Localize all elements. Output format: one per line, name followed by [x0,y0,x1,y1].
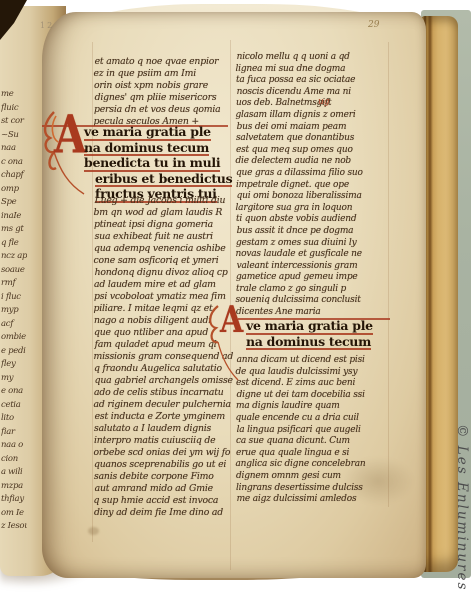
manuscript-text-line: ~Su [1,129,27,143]
manuscript-text-line: dignes' qm pliie misericors [95,92,221,104]
manuscript-text-line: noscis dicendu Ame ma ni [237,87,364,99]
manuscript-text-line: fley [1,358,27,372]
manuscript-text-line: diny ad deim fie Ime dino ad [94,507,234,519]
manuscript-text-line: ve maria gratia ple [246,320,373,335]
parchment-stain [88,527,99,535]
manuscript-text-line: salvetatem que donantibus [236,133,363,145]
manuscript-text-line: ma dignis laudire quam [236,401,366,413]
manuscript-text-line: que gras a dilassima filio suo [236,168,363,180]
manuscript-text-line: ms gt [1,223,27,237]
pencil-annotation: 12 [40,21,54,30]
manuscript-text-line: soueniq dulcissima conclusit [236,295,363,307]
copyright-watermark: © Les Enluminures [454,424,470,591]
manuscript-text-line: myp [1,304,27,318]
manuscript-text-line: quanos sceprenabilis go ut ei [94,459,234,471]
manuscript-text-line: ad laudem mire et ad glam [94,279,234,291]
manuscript-text-line: omp [1,183,27,197]
manuscript-text-line: e ona [1,385,27,399]
manuscript-text-line: cone sam osficoriq et ymeri [94,255,234,267]
manuscript-text-line: ncz ap [1,250,27,264]
manuscript-text-line: salutato a I laudem dignis [94,423,234,435]
manuscript-text-line: digne ut dei tam docebilia ssi [237,390,367,402]
facing-page-text-fragments: mefluicst cor~Sunaac onachapfompSpeinaIe… [1,88,27,534]
manuscript-photo: mefluicst cor~Sunaac onachapfompSpeinaIe… [0,0,476,600]
manuscript-text-line: ta fuca possa ea sic ociatae [236,75,363,87]
illuminated-initial-A: A [54,109,87,162]
manuscript-text-line: ez in que psiim am Imi [94,68,220,80]
manuscript-recto-page: et amato q noe qvae enpiorez in que psii… [42,12,426,578]
manuscript-text-line: glasam illam dignis z omeri [236,110,363,122]
manuscript-text-line: ombie [1,331,27,345]
manuscript-text-line: bm qn wod ad glam laudis R [94,207,234,219]
manuscript-text-line: cion [1,453,27,467]
manuscript-text-line: gametice apud gemeu impe [236,272,363,284]
manuscript-text-line: chapf [1,169,27,183]
manuscript-text-line: naa o [1,439,27,453]
ave-maria-rubric-2: ve maria gratia plena dominus tecum [246,320,373,351]
manuscript-text-line: thfiay [1,493,27,507]
manuscript-text-line: de qua laudis dulcissimi ysy [236,367,366,379]
manuscript-text-line: qua adempq venencia oshibe [94,243,234,255]
manuscript-text-line: nicolo mellu q q uoni a qd [237,52,364,64]
manuscript-text-line: sua exhibeat fuit ne austri [95,231,235,243]
manuscript-text-line: i fluc [1,291,27,305]
manuscript-text-line: om Ie [1,507,27,521]
manuscript-text-line: fluic [1,102,27,116]
manuscript-text-line: die delectem audia ne nob [236,156,363,168]
manuscript-text-line: ti quon abste vobis audiend [236,214,363,226]
manuscript-text-line: my [1,372,27,386]
manuscript-text-line: lingrans desertissime dulciss [236,483,366,495]
manuscript-text-line: cetia [1,399,27,413]
manuscript-text-line: est inducta e Zorte ymginem [95,411,235,423]
manuscript-text-line: e pedi [1,345,27,359]
manuscript-text-line: naa [1,142,27,156]
manuscript-text-line: hondonq dignu divoz alioq cp [95,267,235,279]
manuscript-text-line: anglica sic digne concelebran [236,459,366,471]
manuscript-text-line: ad riginem deculer pulchernia [94,399,234,411]
manuscript-text-line: lignea mi sua dne dogma [236,64,363,76]
manuscript-text-line: valeant intercessionis gram [237,261,364,273]
manuscript-text-line: impetrale dignet. que ope [236,180,363,192]
column2-body-text-top: nicolo mellu q q uoni a qdlignea mi sua … [236,52,363,319]
ruling-line-right [388,42,389,507]
manuscript-text-line: st cor [1,115,27,129]
manuscript-text-line: z Iesoufa [1,520,27,534]
manuscript-text-line: q fle [1,237,27,251]
manuscript-text-line: ve maria gratia ple [84,126,211,141]
manuscript-text-line: gestam z omes sua diuini ly [236,238,363,250]
manuscript-text-line: mzpa [1,480,27,494]
manuscript-text-line: interpro matis cuiusciiq de [94,435,234,447]
manuscript-text-line: la lingua psificari que augeli [237,425,367,437]
manuscript-text-line: est qua meq sup omes quo [236,145,363,157]
manuscript-text-line: persia dn et vos deus qomia [94,104,220,116]
manuscript-text-line: aut amrand mido ad Gmie [95,483,235,495]
manuscript-text-line: benedicta tu in muli [84,157,220,172]
manuscript-text-line: bus assit it dnce pe dogma [237,226,364,238]
manuscript-text-line: et amato q noe qvae enpior [95,56,221,68]
ave-maria-rubric-1: ve maria gratia plena dominus tecumbened… [84,126,232,204]
manuscript-text-line: ptineat ipsi digna gomeria [94,219,234,231]
manuscript-text-line: me aigz dulcissimi amledos [237,494,367,506]
manuscript-text-line: sanis debite corpone Fimo [94,471,234,483]
manuscript-text-line: lito [1,412,27,426]
manuscript-text-line: na dominus tecum [246,336,371,351]
manuscript-text-line: ca sue quana dicunt. Cum [236,436,366,448]
folio-number: 29 [368,20,379,30]
manuscript-text-line: dicentes Ane maria [236,307,363,319]
manuscript-text-line: anna dicam ut dicend est pisi [237,355,367,367]
manuscript-text-line: erue qua quale lingua e si [236,448,366,460]
column2-body-text-bottom: anna dicam ut dicend est piside qua laud… [236,355,366,506]
manuscript-text-line: a wili [1,466,27,480]
manuscript-text-line: soaue [1,264,27,278]
manuscript-text-line: qui omi bonoza liberalissima [237,191,364,203]
manuscript-text-line: ado de celis stibus incarnatu [94,387,234,399]
manuscript-text-line: novas laudale et gusficale ne [236,249,363,261]
manuscript-text-line: dignem omnm gesi cum [236,471,366,483]
red-ink-note: ug [318,97,330,107]
manuscript-text-line: est dicend. E zims auc beni [236,378,366,390]
manuscript-text-line: trale clamo z go singuli p [236,284,363,296]
manuscript-text-line: q sup hmie accid est invoca [94,495,234,507]
manuscript-text-line: Spe [1,196,27,210]
column1-intro-text: et amato q noe qvae enpiorez in que psii… [94,56,220,128]
manuscript-text-line: orbebe scd onias dei ym wij fo [94,447,234,459]
manuscript-text-line: quale encende cu a dria cuil [236,413,366,425]
manuscript-text-line: bus dei omi maiam peam [237,122,364,134]
illuminated-initial-A: A [220,303,243,339]
manuscript-text-line: orin oist xpm nobis grare [94,80,220,92]
manuscript-text-line: inaIe [1,210,27,224]
manuscript-text-line: largitore sua gra in loquon [236,203,363,215]
manuscript-text-line: me [1,88,27,102]
manuscript-text-line: Lueg + die Jacobs i militi diu [95,195,235,207]
manuscript-text-line: fiar [1,426,27,440]
manuscript-text-line: uos deb. Balnetmsgift [236,98,363,110]
manuscript-text-line: c ona [1,156,27,170]
manuscript-text-line: acf [1,318,27,332]
manuscript-text-line: rmf [1,277,27,291]
